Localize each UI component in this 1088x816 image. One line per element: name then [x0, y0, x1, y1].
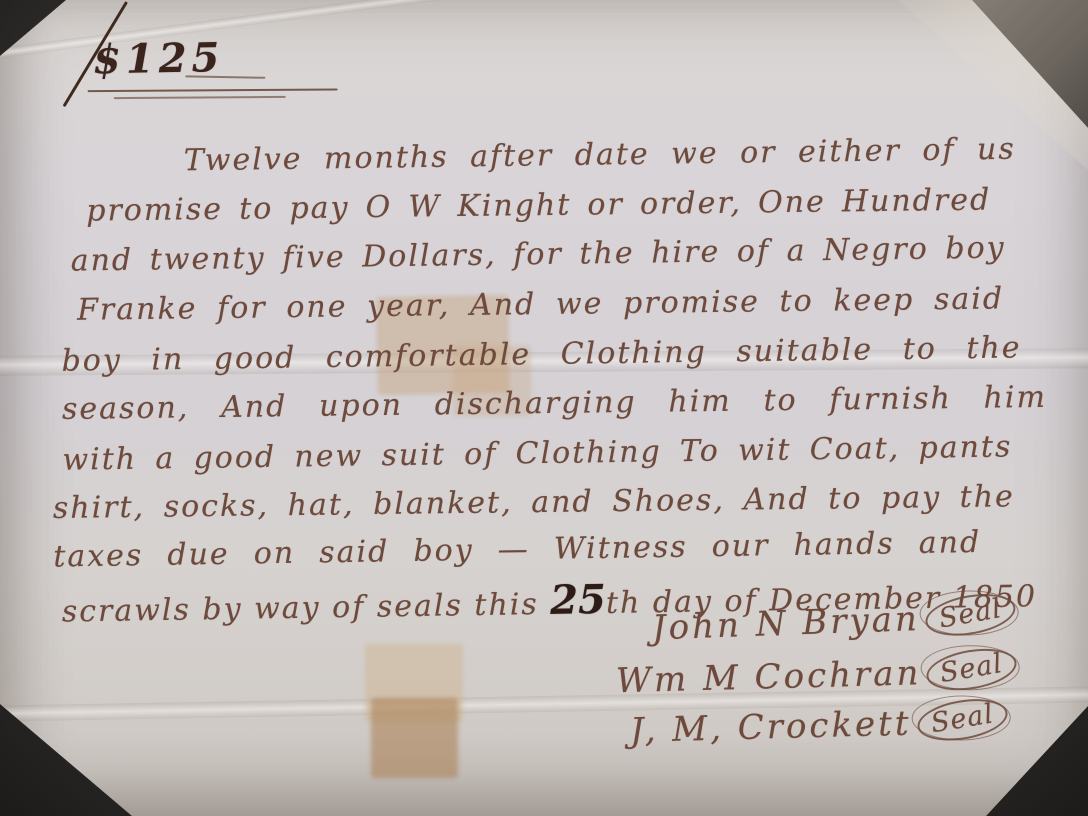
signature-name: John N Bryan [651, 599, 920, 648]
document-paper: $125 Twelve months after date we or eith… [0, 0, 1088, 816]
seal-flourish: Seal [922, 588, 1019, 642]
photo-backdrop: $125 Twelve months after date we or eith… [0, 0, 1088, 816]
signature-block: John N BryanSeal Wm M CochranSeal J, M, … [0, 0, 1088, 816]
seal-flourish: Seal [914, 693, 1010, 747]
signature-row: John N BryanSeal [651, 596, 1017, 652]
seal-flourish: Seal [924, 643, 1020, 697]
signature-row: J, M, CrockettSeal [630, 701, 1010, 754]
signature-name: Wm M Cochran [616, 653, 922, 701]
signature-name: J, M, Crockett [630, 704, 912, 751]
